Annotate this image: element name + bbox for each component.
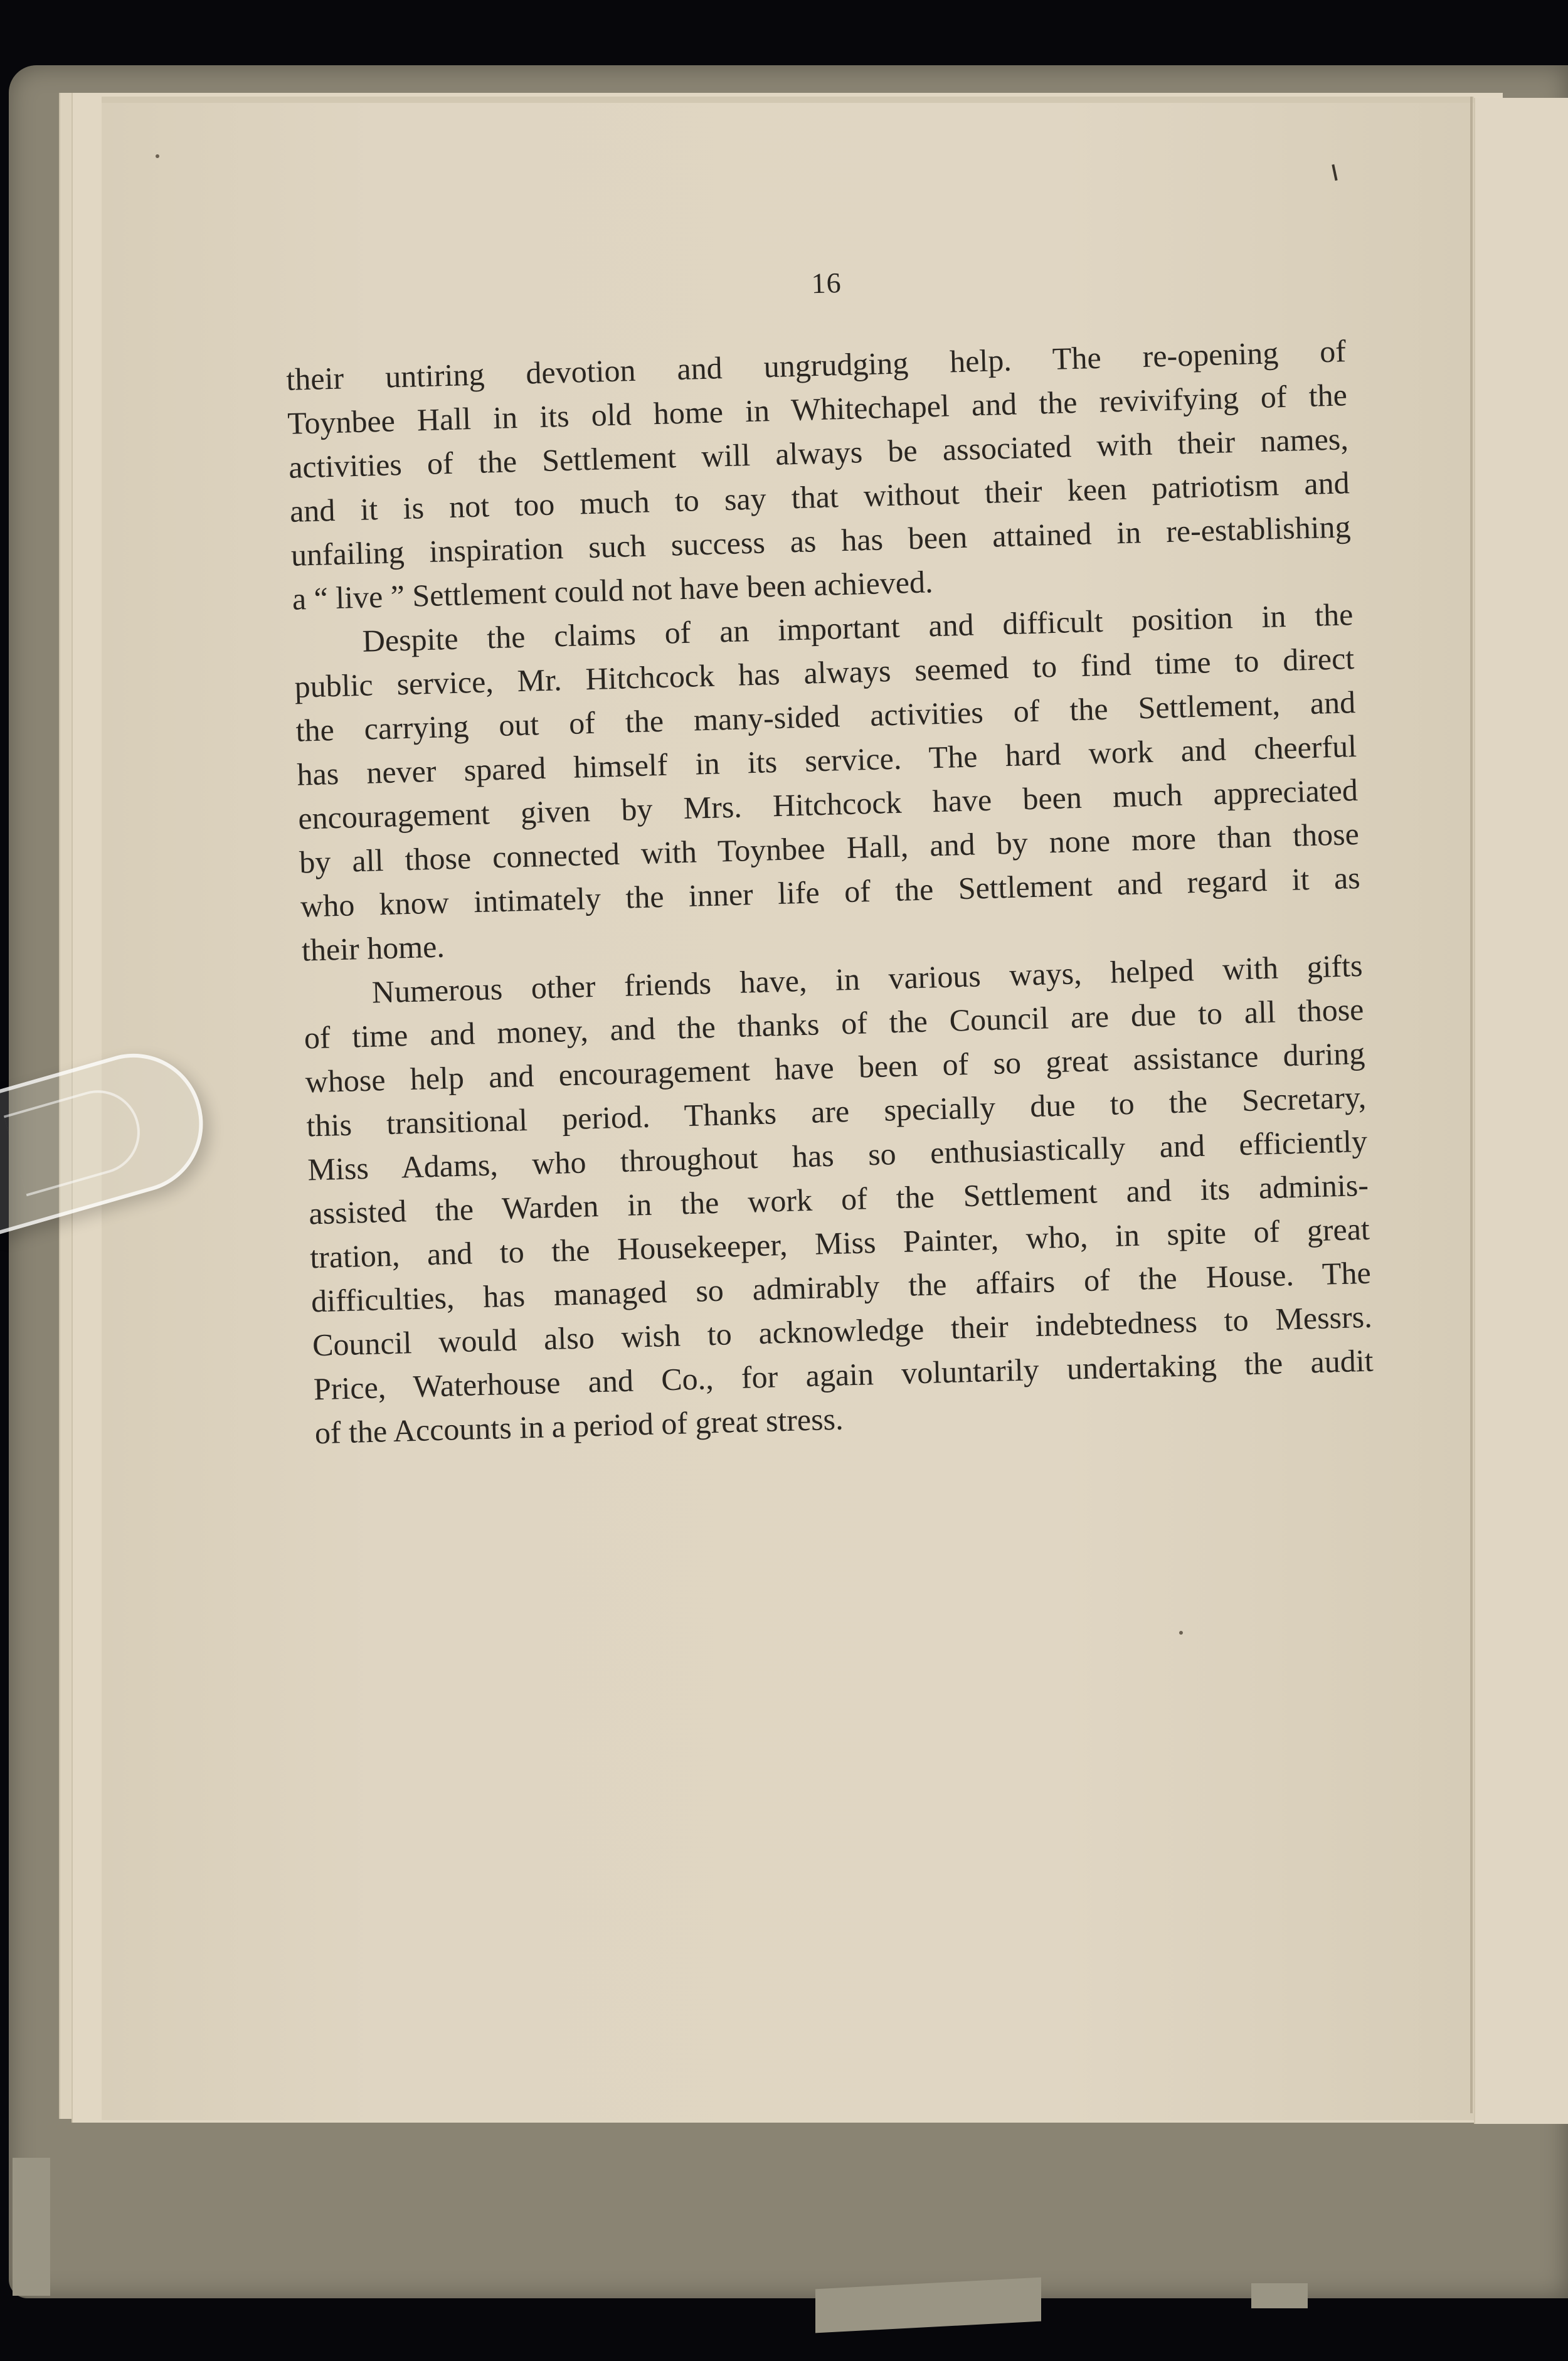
gutter [1470, 97, 1473, 2113]
paragraph-2: Despite the claims of an important and d… [293, 592, 1362, 972]
paperclip-inner-loop [4, 1080, 150, 1196]
paragraph-3: Numerous other friends have, in various … [302, 943, 1375, 1455]
cover-tab [13, 2158, 50, 2296]
paper-speck [156, 154, 159, 158]
cover-tab [1251, 2283, 1308, 2308]
facing-page-edge [1474, 98, 1568, 2124]
page-text: 16 their untiring devotion and ungrudgin… [283, 247, 1375, 1455]
paper-speck [1179, 1631, 1183, 1635]
paragraph-1: their untiring devotion and ungrudging h… [286, 329, 1353, 621]
